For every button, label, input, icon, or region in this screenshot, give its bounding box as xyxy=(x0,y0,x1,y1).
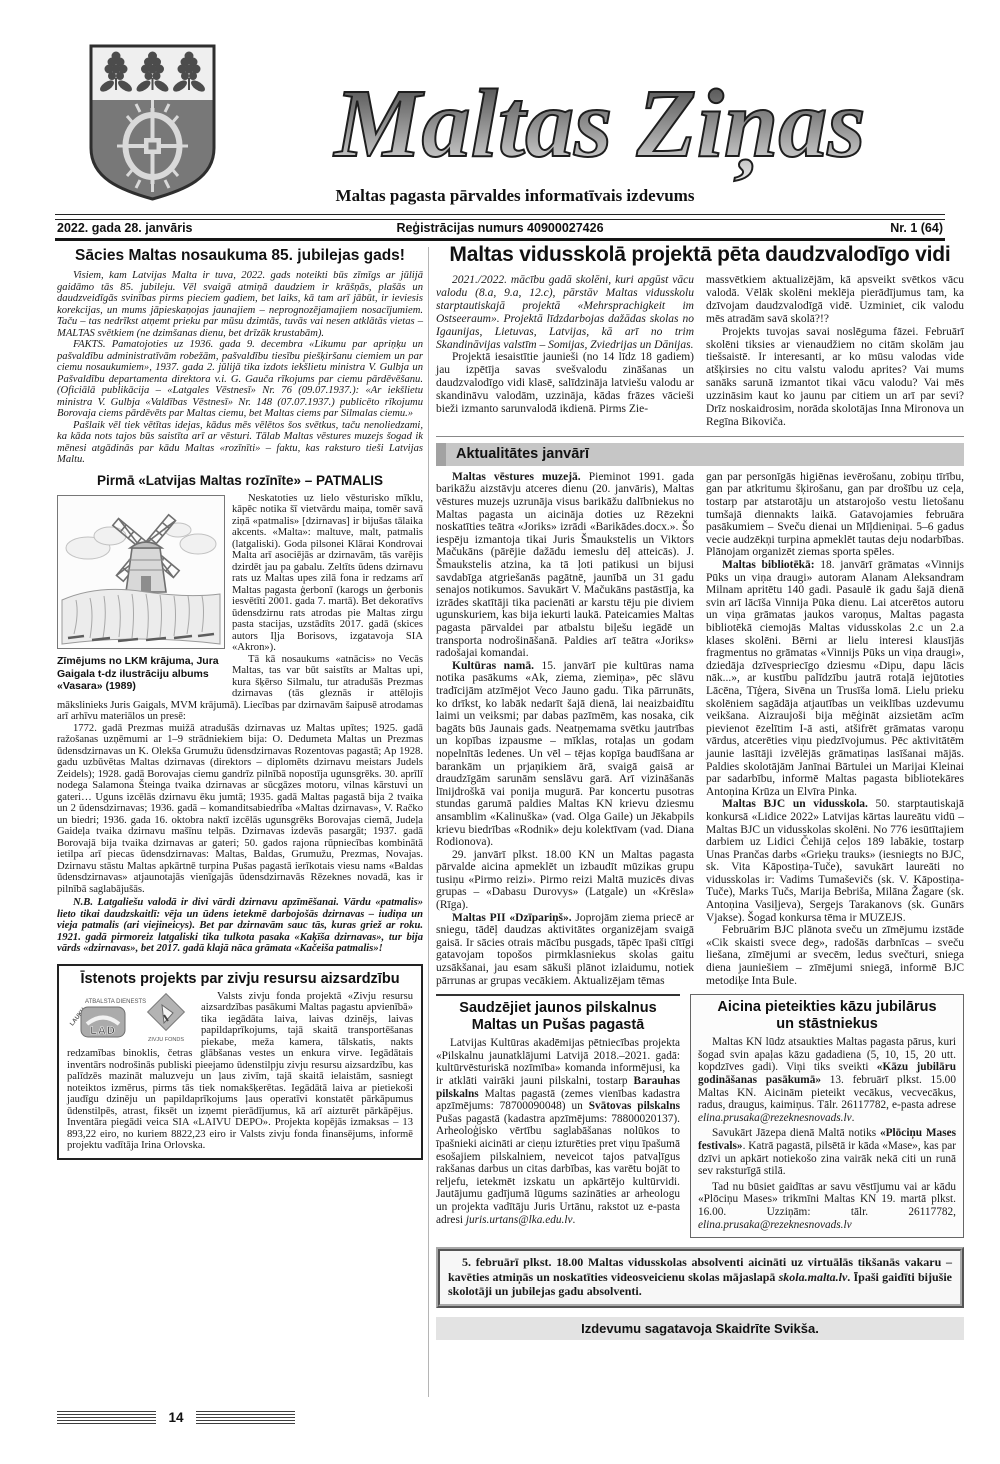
school-article: 2021./2022. mācību gadā skolēni, kuri ap… xyxy=(436,274,964,437)
paragraph: Maltas PII «Dzīpariņš». Joprojām ziema p… xyxy=(436,912,694,988)
text-column: gan par personīgās higiēnas ievērošanu, … xyxy=(706,471,964,987)
masthead-subtitle: Maltas pagasta pārvaldes informatīvais i… xyxy=(265,186,765,206)
paragraph: Maltas bibliotēkā: 18. janvārī grāmatas … xyxy=(706,559,964,798)
wedding-jubilee-box: Aicina pieteikties kāzu jubilārusun stās… xyxy=(690,994,964,1238)
text-column: 2021./2022. mācību gadā skolēni, kuri ap… xyxy=(436,274,694,429)
zivju-fonds-logo: ZIVJU FONDS xyxy=(148,993,185,1042)
svg-text:ZIVJU FONDS: ZIVJU FONDS xyxy=(148,1037,184,1043)
paragraph: Tad nu būsiet gaidītas ar savu vēstījumu… xyxy=(698,1181,956,1231)
masthead: Maltas Ziņas xyxy=(250,44,950,204)
page-number-block: 14 xyxy=(57,1410,295,1425)
bottom-sections: Saudzējiet jaunos pilskalnusMaltas un Pu… xyxy=(436,994,964,1238)
paragraph: Visiem, kam Latvijas Malta ir tuva, 2022… xyxy=(57,270,423,339)
imprint-bar: Izdevumu sagatavoja Skaidrīte Svikša. xyxy=(436,1317,964,1340)
paragraph: 29. janvārī plkst. 18.00 KN un Maltas pa… xyxy=(436,849,694,912)
decorative-lines xyxy=(57,1411,156,1424)
lad-logo: LAD xyxy=(81,1007,125,1037)
paragraph: 5. februārī plkst. 18.00 Maltas vidussko… xyxy=(448,1255,952,1299)
paragraph: Projektā iesaistītie jaunieši (no 14 līd… xyxy=(436,351,694,416)
paragraph: 2021./2022. mācību gadā skolēni, kuri ap… xyxy=(436,274,694,351)
right-column: Maltas vidusskolā projektā pēta daudzval… xyxy=(436,243,964,1340)
nota-bene-paragraph: N.B. Latgaliešu valodā ir divi vārdi dzi… xyxy=(57,897,423,955)
article-title: Sācies Maltas nosaukuma 85. jubilejas ga… xyxy=(57,247,423,265)
page-number: 14 xyxy=(156,1410,195,1425)
paragraph: FAKTS. Pamatojoties uz 1936. gada 9. dec… xyxy=(57,339,423,420)
section-title: Aicina pieteikties kāzu jubilārusun stās… xyxy=(698,999,956,1033)
thick-rule xyxy=(55,238,945,241)
paragraph: Februārim BJC plānota sveču un zīmējumu … xyxy=(706,924,964,987)
box-title: Īstenots projekts par zivju resursu aizs… xyxy=(67,971,413,987)
double-rule xyxy=(55,214,945,220)
paragraph: Pašlaik vēl tiek vētītas idejas, kādus m… xyxy=(57,420,423,466)
fish-project-box: Īstenots projekts par zivju resursu aizs… xyxy=(57,964,423,1160)
text-column: Maltas vēstures muzejā. Pieminot 1991. g… xyxy=(436,471,694,987)
registration-number: Reģistrācijas numurs 40900027426 xyxy=(57,221,943,235)
windmill-illustration xyxy=(57,495,225,649)
column-divider xyxy=(428,247,429,1397)
alumni-announcement-box: 5. februārī plkst. 18.00 Maltas vidussko… xyxy=(436,1247,964,1308)
news-section-header: Aktualitātes janvārī xyxy=(436,443,964,466)
paragraph: Latvijas Kultūras akadēmijas pētniecības… xyxy=(436,1037,680,1226)
article-title: Maltas vidusskolā projektā pēta daudzval… xyxy=(436,243,964,267)
svg-text:LAD: LAD xyxy=(90,1025,116,1037)
newspaper-page: Maltas Ziņas Maltas pagasta pārvaldes in… xyxy=(0,0,1000,1464)
windmill-figure: Zīmējums no LKM krājuma, Jura Gaigala t-… xyxy=(57,495,225,693)
paragraph: Maltas vēstures muzejā. Pieminot 1991. g… xyxy=(436,471,694,660)
paragraph: Projekts tuvojas savai noslēguma fāzei. … xyxy=(706,326,964,429)
lad-logo-text: ATBALSTA DIENESTS xyxy=(85,999,146,1005)
paragraph: massvētkiem aktualizējām, kā apsveikt sv… xyxy=(706,274,964,326)
section-title: Saudzējiet jaunos pilskalnusMaltas un Pu… xyxy=(436,1000,680,1034)
paragraph: Maltas BJC un vidusskola. 50. starptauti… xyxy=(706,798,964,924)
decorative-lines xyxy=(196,1411,295,1424)
dateline: 2022. gada 28. janvāris Reģistrācijas nu… xyxy=(57,221,943,235)
paragraph: Kultūras namā. 15. janvārī pie kultūras … xyxy=(436,660,694,849)
paragraph: Maltas KN lūdz atsaukties Maltas pagasta… xyxy=(698,1036,956,1124)
project-logos: LAUKU ATBALSTA DIENESTS LAD ZIVJU FONDS xyxy=(67,993,195,1047)
figure-caption: Zīmējums no LKM krājuma, Jura Gaigala t-… xyxy=(57,655,225,693)
text-column: massvētkiem aktualizējām, kā apsveikt sv… xyxy=(706,274,964,429)
hillforts-section: Saudzējiet jaunos pilskalnusMaltas un Pu… xyxy=(436,994,680,1238)
paragraph: 1772. gadā Prezmas muižā atradušās dzirn… xyxy=(57,723,423,896)
paragraph: Savukārt Jāzepa dienā Maltā notiks «Plōc… xyxy=(698,1127,956,1177)
news-columns: Maltas vēstures muzejā. Pieminot 1991. g… xyxy=(436,471,964,987)
masthead-title: Maltas Ziņas xyxy=(333,70,866,181)
left-column: Sācies Maltas nosaukuma 85. jubilejas ga… xyxy=(57,247,423,1160)
coat-of-arms xyxy=(85,42,220,204)
section-title: Pirmā «Latvijas Maltas rozīnīte» – PATMA… xyxy=(57,473,423,488)
paragraph: gan par personīgās higiēnas ievērošanu, … xyxy=(706,471,964,559)
